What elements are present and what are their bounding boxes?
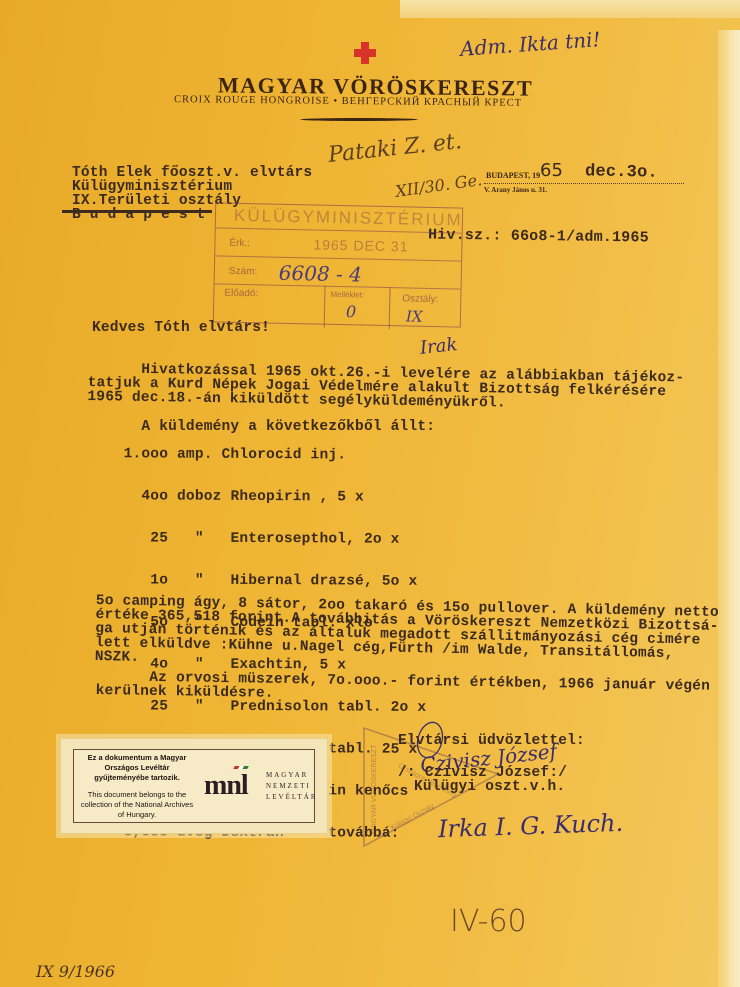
stamp-department: IX bbox=[406, 307, 423, 325]
item-unit: " bbox=[177, 699, 222, 715]
item-unit: " bbox=[177, 573, 222, 589]
body-paragraph-2: 5o camping ágy, 8 sátor, 2oo takaró és 1… bbox=[95, 594, 719, 676]
logo-word: MAGYAR bbox=[266, 770, 318, 781]
address-underline bbox=[62, 210, 212, 213]
item-qty: 25 bbox=[124, 530, 169, 546]
stamp-label-number: Szám: bbox=[229, 266, 258, 278]
stamp-row-divider bbox=[215, 255, 461, 261]
logo-word: NEMZETI bbox=[266, 781, 318, 792]
item-qty: 25 bbox=[124, 698, 169, 714]
item-desc: Chlorocid inj. bbox=[222, 447, 347, 464]
letterhead-divider bbox=[300, 118, 418, 121]
list-item: 25 " Enterosepthol, 2o x bbox=[88, 517, 427, 561]
handwritten-irak: Irak bbox=[419, 334, 458, 359]
stamp-label-department: Osztály: bbox=[402, 293, 438, 305]
item-unit: doboz bbox=[177, 489, 222, 505]
signatory-title: Külügyi oszt.v.h. bbox=[414, 780, 565, 794]
recipient-line: Tóth Elek főoszt.v. elvtárs bbox=[72, 166, 312, 180]
stamp-date: 1965 DEC 31 bbox=[313, 236, 408, 254]
stamp-col-divider bbox=[324, 286, 326, 328]
letterhead-subtitle: CROIX ROUGE HONGROISE • ВЕНГЕРСКИЙ КРАСН… bbox=[174, 94, 522, 109]
mnl-logo-words: MAGYAR NEMZETI LEVÉLTÁR bbox=[266, 770, 318, 803]
date-dotted-line bbox=[484, 183, 684, 184]
stamp-number: 6608 - 4 bbox=[279, 261, 363, 287]
item-unit: " bbox=[177, 531, 222, 547]
stamp-label-count: Melléklet: bbox=[330, 290, 364, 300]
archive-label-frame: Ez a dokumentum a Magyar Országos Levélt… bbox=[73, 749, 315, 823]
list-item: 1.ooo amp. Chlorocid inj. bbox=[88, 433, 427, 477]
mnl-logo: mnl bbox=[204, 772, 248, 800]
handwritten-date-initials: XII/30. Ge. bbox=[394, 170, 483, 201]
paper-stack-edge bbox=[400, 0, 740, 18]
triangle-stamp-text: MAGYAR VÖRÖSKERESZT bbox=[370, 744, 378, 834]
list-intro: A küldemény a következőkből állt: bbox=[88, 420, 435, 434]
hungarian-flag-icon bbox=[233, 766, 249, 769]
archive-code: IV-60 bbox=[450, 904, 527, 939]
signature-loop-icon bbox=[412, 716, 452, 766]
logo-word: LEVÉLTÁR bbox=[266, 792, 318, 803]
handwritten-note-top: Adm. Ikta tni! bbox=[459, 27, 601, 61]
item-desc: Rheopirin , 5 x bbox=[230, 489, 364, 506]
handwritten-initials: Irka I. G. Kuch. bbox=[438, 809, 624, 843]
recipient-line: Külügyminisztérium bbox=[72, 180, 232, 194]
salutation: Kedves Tóth elvtárs! bbox=[92, 321, 270, 335]
triangle-stamp-text: Külügyi Osztály bbox=[390, 803, 436, 832]
signatory-name: /: Czivisz József:/ bbox=[398, 766, 567, 780]
archive-label: Ez a dokumentum a Magyar Országos Levélt… bbox=[60, 738, 328, 834]
stamp-count: 0 bbox=[346, 302, 357, 321]
stamp-label-received: Érk.: bbox=[229, 238, 250, 249]
archive-text-hungarian: Ez a dokumentum a Magyar Országos Levélt… bbox=[78, 753, 196, 783]
registry-stamp: KÜLÜGYMINISZTÉRIUM Érk.: 1965 DEC 31 Szá… bbox=[213, 202, 463, 327]
body-paragraph-1: Hivatkozással 1965 okt.26.-i levelére az… bbox=[87, 362, 684, 413]
year: 65 bbox=[540, 160, 563, 181]
stamp-header: KÜLÜGYMINISZTÉRIUM bbox=[234, 206, 463, 231]
item-unit: amp. bbox=[177, 447, 213, 463]
item-desc: Enterosepthol, 2o x bbox=[230, 531, 399, 548]
sender-address: V. Arany János u. 31. bbox=[484, 186, 547, 194]
item-qty: 4oo bbox=[124, 488, 169, 504]
archive-text-english: This document belongs to the collection … bbox=[78, 790, 196, 820]
item-qty: 1.ooo bbox=[124, 446, 169, 462]
stamp-label-attachment: Előadó: bbox=[224, 288, 258, 300]
city-prefix: BUDAPEST, 19 bbox=[486, 171, 540, 180]
stamp-col-divider bbox=[389, 287, 391, 329]
footer-date: IX 9/1966 bbox=[36, 962, 115, 981]
red-cross-icon bbox=[354, 42, 376, 64]
paper-right-edge bbox=[718, 30, 740, 987]
handwritten-pataki: Pataki Z. et. bbox=[327, 129, 463, 168]
item-qty: 1o bbox=[124, 572, 169, 588]
date: dec.3o. bbox=[585, 165, 658, 180]
list-item: 4oo doboz Rheopirin , 5 x bbox=[88, 475, 427, 519]
item-desc: Hibernal drazsé, 5o x bbox=[230, 573, 417, 590]
